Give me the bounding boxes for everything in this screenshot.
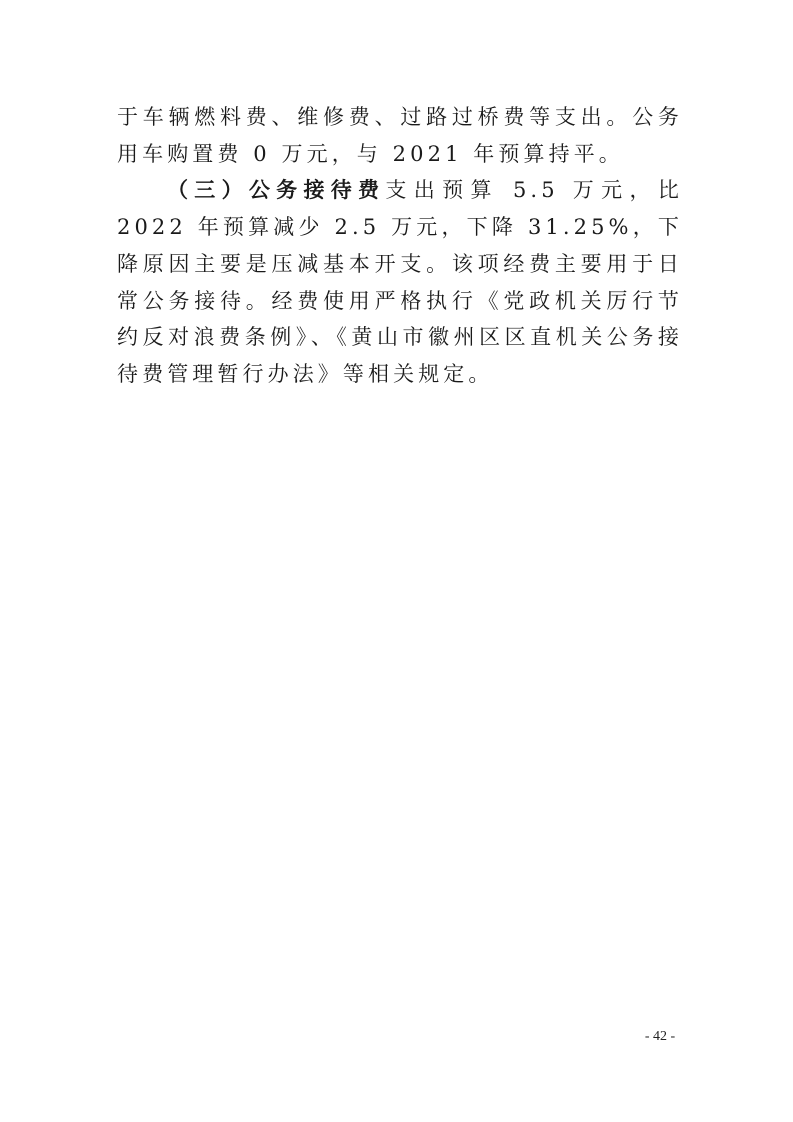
- page-number: - 42 -: [640, 1029, 680, 1045]
- paragraph-reception-expense: （三）公务接待费支出预算 5.5 万元，比 2022 年预算减少 2.5 万元，…: [117, 172, 683, 392]
- paragraph-text: 支出预算 5.5 万元，比 2022 年预算减少 2.5 万元，下降 31.25…: [117, 178, 683, 386]
- paragraph-text: 于车辆燃料费、维修费、过路过桥费等支出。公务用车购置费 0 万元，与 2021 …: [117, 105, 683, 166]
- section-heading-reception: （三）公务接待费: [167, 178, 385, 202]
- paragraph-vehicle-continuation: 于车辆燃料费、维修费、过路过桥费等支出。公务用车购置费 0 万元，与 2021 …: [117, 99, 683, 172]
- page-body: 于车辆燃料费、维修费、过路过桥费等支出。公务用车购置费 0 万元，与 2021 …: [117, 99, 683, 393]
